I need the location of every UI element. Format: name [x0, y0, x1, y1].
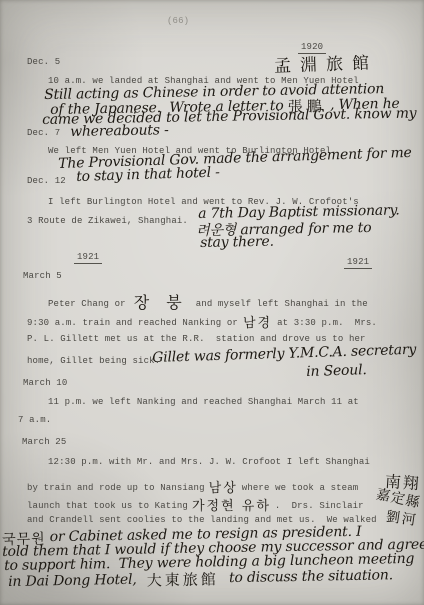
typed-text: launch that took us to Kating — [27, 501, 188, 511]
typed-line-dec12-2: 3 Route de Zikawei, Shanghai. — [27, 216, 188, 226]
cjk-annotation-men-yuen-hotel: 孟淵旅館 — [274, 48, 379, 77]
hangul-annotation-kating: 가정현 유하 — [192, 495, 271, 514]
entry-date-dec5: Dec. 5 — [27, 57, 60, 67]
entry-date-dec7: Dec. 7 — [27, 128, 60, 138]
handwritten-note: stay there. — [200, 234, 274, 251]
handwritten-text: to discuss the situation. — [225, 567, 393, 586]
typed-text: Peter Chang or — [48, 299, 126, 309]
entry-date-march25: March 25 — [22, 437, 66, 447]
typed-line-march25-3: launch that took us to Kating가정현 유하. Drs… — [27, 495, 364, 514]
hangul-annotation-nanking: 남경 — [243, 312, 272, 331]
handwritten-note: to stay in that hotel - — [76, 164, 220, 184]
handwritten-note: whereabouts - — [70, 122, 169, 140]
typed-line-march10-1: 11 p.m. we left Nanking and reached Shan… — [48, 397, 359, 407]
typed-line-march25-1: 12:30 p.m. with Mr. and Mrs. J. W. Crofo… — [48, 457, 370, 467]
year-heading-1921-right: 1921 — [344, 257, 372, 267]
entry-date-march5: March 5 — [23, 271, 62, 281]
typed-line-march25-2: by train and rode up to Nansiang남상where … — [27, 477, 358, 496]
page-number: (66) — [167, 16, 189, 26]
typed-line-march5-4: home, Gillet being sick. — [27, 356, 160, 366]
entry-date-dec12: Dec. 12 — [27, 176, 66, 186]
typed-text: where we took a steam — [242, 483, 359, 493]
handwritten-note: Gillet was formerly Y.M.C.A. secretary — [152, 342, 416, 366]
cjk-margin-liuho: 劉河 — [385, 506, 419, 530]
typed-text: . Drs. Sinclair — [275, 501, 364, 511]
typed-line-march5-1: Peter Chang or장 붕and myself left Shangha… — [48, 290, 368, 313]
typed-line-march10-2: 7 a.m. — [18, 415, 51, 425]
year-text: 1921 — [74, 252, 102, 264]
entry-date-march10: March 10 — [23, 378, 67, 388]
typed-line-march5-3: P. L. Gillett met us at the R.R. station… — [27, 334, 366, 344]
handwritten-note: in Seoul. — [306, 362, 367, 380]
cjk-annotation-dai-dong-hotel: 大東旅館 — [147, 568, 219, 590]
year-text: 1921 — [344, 257, 372, 269]
handwritten-text: in Dai Dong Hotel, — [8, 572, 141, 590]
scanned-diary-page: (66) 1920 Dec. 5 10 a.m. we landed at Sh… — [0, 0, 424, 605]
hangul-annotation-chang-pung: 장 붕 — [134, 290, 188, 313]
hangul-annotation-nansiang: 남상 — [209, 477, 238, 496]
typed-line-march5-2: 9:30 a.m. train and reached Nanking or남경… — [27, 312, 377, 331]
typed-text: and myself left Shanghai in the — [196, 299, 368, 309]
typed-text: at 3:30 p.m. Mrs. — [277, 318, 377, 328]
year-heading-1921-left: 1921 — [74, 252, 102, 262]
typed-text: 9:30 a.m. train and reached Nanking or — [27, 318, 238, 328]
typed-text: by train and rode up to Nansiang — [27, 483, 205, 493]
